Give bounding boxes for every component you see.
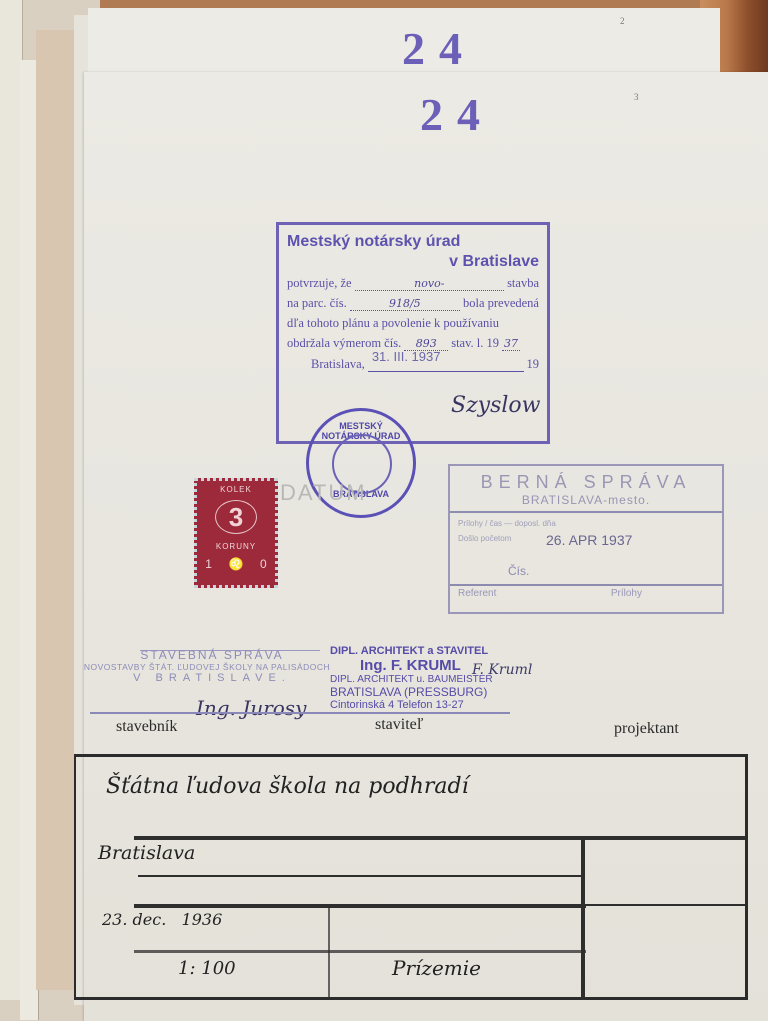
page-number: 24 [420,88,494,141]
tax-title: BERNÁ SPRÁVA [450,472,722,493]
faded-date-stamp: DATUM [280,480,367,506]
notary-place-date: Bratislava, 31. III. 1937 19 [287,353,539,372]
floor-name: Prízemie [392,956,481,980]
received-date: 26. APR 1937 [546,532,722,548]
role-builder: staviteľ [375,716,423,734]
builder-signature: Ing. Jurosy [196,696,306,720]
notary-office-stamp: Mestský notársky úrad v Bratislave potvr… [276,222,550,444]
notary-date-stamp: 31. III. 1937 [372,349,441,364]
notary-city: v Bratislave [287,253,539,271]
back-page-number: 24 [402,22,476,75]
decree-year: 37 [502,337,520,351]
role-designer: projektant [614,720,679,738]
project-name: Šťátna ľudova škola na podhradí [106,774,469,799]
tax-office-stamp: BERNÁ SPRÁVA BRATISLAVA-mesto. Prílohy /… [448,464,724,614]
notary-title: Mestský notársky úrad [287,233,539,251]
title-block: Šťátna ľudova škola na podhradí Bratisla… [74,754,748,1000]
notary-line-2: na parc. čís. 918/5 bola prevedená [287,296,539,311]
folder-spine [36,30,77,990]
back-corner-mark: 2 [620,16,625,26]
corner-mark: 3 [634,92,639,102]
architect-stamp: DIPL. ARCHITEKT a STAVITEL Ing. F. KRUML… [330,645,493,711]
notary-line-1: potvrzuje, že novo- stavba [287,276,539,291]
lion-icon: ♌ [229,557,244,571]
building-administration-stamp: STAVEBNÁ SPRÁVA NOVOSTAVBY ŠTÁT. ĽUDOVEJ… [92,648,332,684]
stamp-value: 3 [215,500,257,534]
signature-rule [90,712,510,714]
role-owner: stavebník [116,718,177,736]
construction-type: novo- [355,277,505,291]
revenue-stamp: KOLEK 3 KORUNY 1 ♌ 0 [194,478,278,588]
architect-signature: F. Kruml [472,662,532,678]
parcel-number: 918/5 [350,297,460,311]
drawing-scale: 1: 100 [178,958,236,979]
project-location: Bratislava [98,842,195,864]
notary-line-3: dľa tohoto plánu a povolenie k používani… [287,316,539,331]
notary-signature: Szyslow [451,393,541,418]
drawing-date: 23. dec. 1936 [102,910,222,929]
tax-subtitle: BRATISLAVA-mesto. [450,493,722,507]
